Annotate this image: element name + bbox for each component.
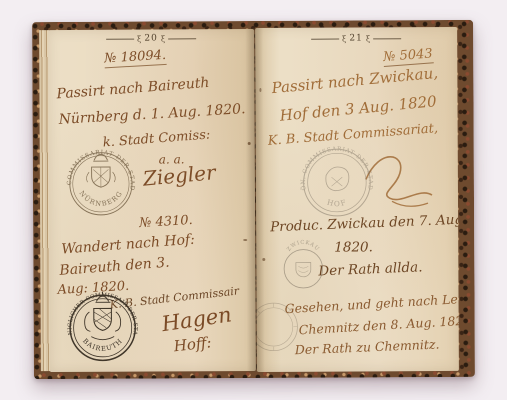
svg-text:ZWICKAU: ZWICKAU — [286, 240, 320, 253]
header-rule — [168, 38, 196, 39]
right-page-header: ξ 21 ξ — [255, 34, 457, 44]
left-page-header: ξ 20 ξ — [48, 34, 254, 44]
header-ornament: ξ — [137, 35, 141, 43]
handwriting-line: Baireuth den 3. — [59, 256, 170, 278]
stamp-city-text: NÜRNBERG — [78, 189, 125, 208]
entry-number: № 18094. — [104, 49, 167, 69]
header-rule — [373, 38, 401, 39]
header-ornament: ξ — [161, 35, 165, 43]
handwriting-line: Hof den 3 Aug. 1820 — [279, 94, 437, 123]
left-page-number: 20 — [144, 34, 158, 43]
signature: Ziegler — [142, 162, 216, 189]
photo-background: ξ 20 ξ № 18094. Passirt nach Baireuth Nü… — [0, 0, 507, 400]
hof-stamp: KÖN. COMMISSARIAT DER STADT HOF — [292, 137, 382, 227]
svg-text:BAIREUTH: BAIREUTH — [81, 337, 124, 353]
wanderbuch-book: ξ 20 ξ № 18094. Passirt nach Baireuth Nü… — [32, 20, 475, 379]
nuernberg-stamp: K. COMMISSARIAT DER STADT NÜRNBERG — [59, 142, 143, 226]
header-ornament: ξ — [366, 35, 370, 43]
handwriting-line: Nürnberg d. 1. Aug. 1820. — [58, 102, 246, 127]
svg-text:NÜRNBERG: NÜRNBERG — [78, 189, 125, 208]
left-page: ξ 20 ξ № 18094. Passirt nach Baireuth Nü… — [48, 29, 256, 372]
stamp-ring-text: KÖN. COMMISSARIAT DER STADT — [292, 137, 373, 191]
lion-supporters-icon — [85, 312, 121, 332]
stamp-city-text: HOF — [326, 197, 348, 208]
ink-speck — [248, 142, 251, 145]
baireuth-stamp: KÖNIGLICHER COMMISSAIR DER STADT BAIREUT… — [57, 284, 147, 372]
shield-icon — [296, 263, 311, 277]
stamp-city-text: ZWICKAU — [286, 240, 320, 253]
signature: Hoff: — [173, 335, 212, 354]
handwriting-line: Passirt nach Zwickau, — [271, 66, 439, 96]
handwriting-line: Passirt nach Baireuth — [56, 76, 210, 101]
handwriting-line: Wandert nach Hof: — [61, 233, 195, 257]
right-page: ξ 21 ξ № 5043 Passirt nach Zwickau, Hof … — [255, 27, 459, 372]
right-page-number: 21 — [349, 34, 363, 43]
zwickau-stamp: ZWICKAU — [272, 238, 334, 300]
header-ornament: ξ — [342, 35, 346, 43]
header-rule — [311, 39, 339, 40]
ink-speck — [243, 239, 247, 241]
header-rule — [106, 39, 134, 40]
crest-icon — [326, 167, 349, 191]
svg-text:HOF: HOF — [326, 197, 348, 208]
handwriting-line: 1820. — [334, 241, 373, 255]
ink-speck — [259, 88, 261, 92]
entry-number: № 4310. — [139, 214, 193, 230]
svg-text:KÖN. COMMISSARIAT DER STADT: KÖN. COMMISSARIAT DER STADT — [292, 137, 373, 191]
signature: Hagen — [160, 304, 233, 335]
stamp-city-text: BAIREUTH — [81, 337, 124, 353]
handwriting-line: Chemnitz den 8. Aug. 1820. — [298, 314, 458, 337]
handwriting-line: Der Rath zu Chemnitz. — [295, 339, 440, 357]
ink-speck — [262, 258, 265, 261]
